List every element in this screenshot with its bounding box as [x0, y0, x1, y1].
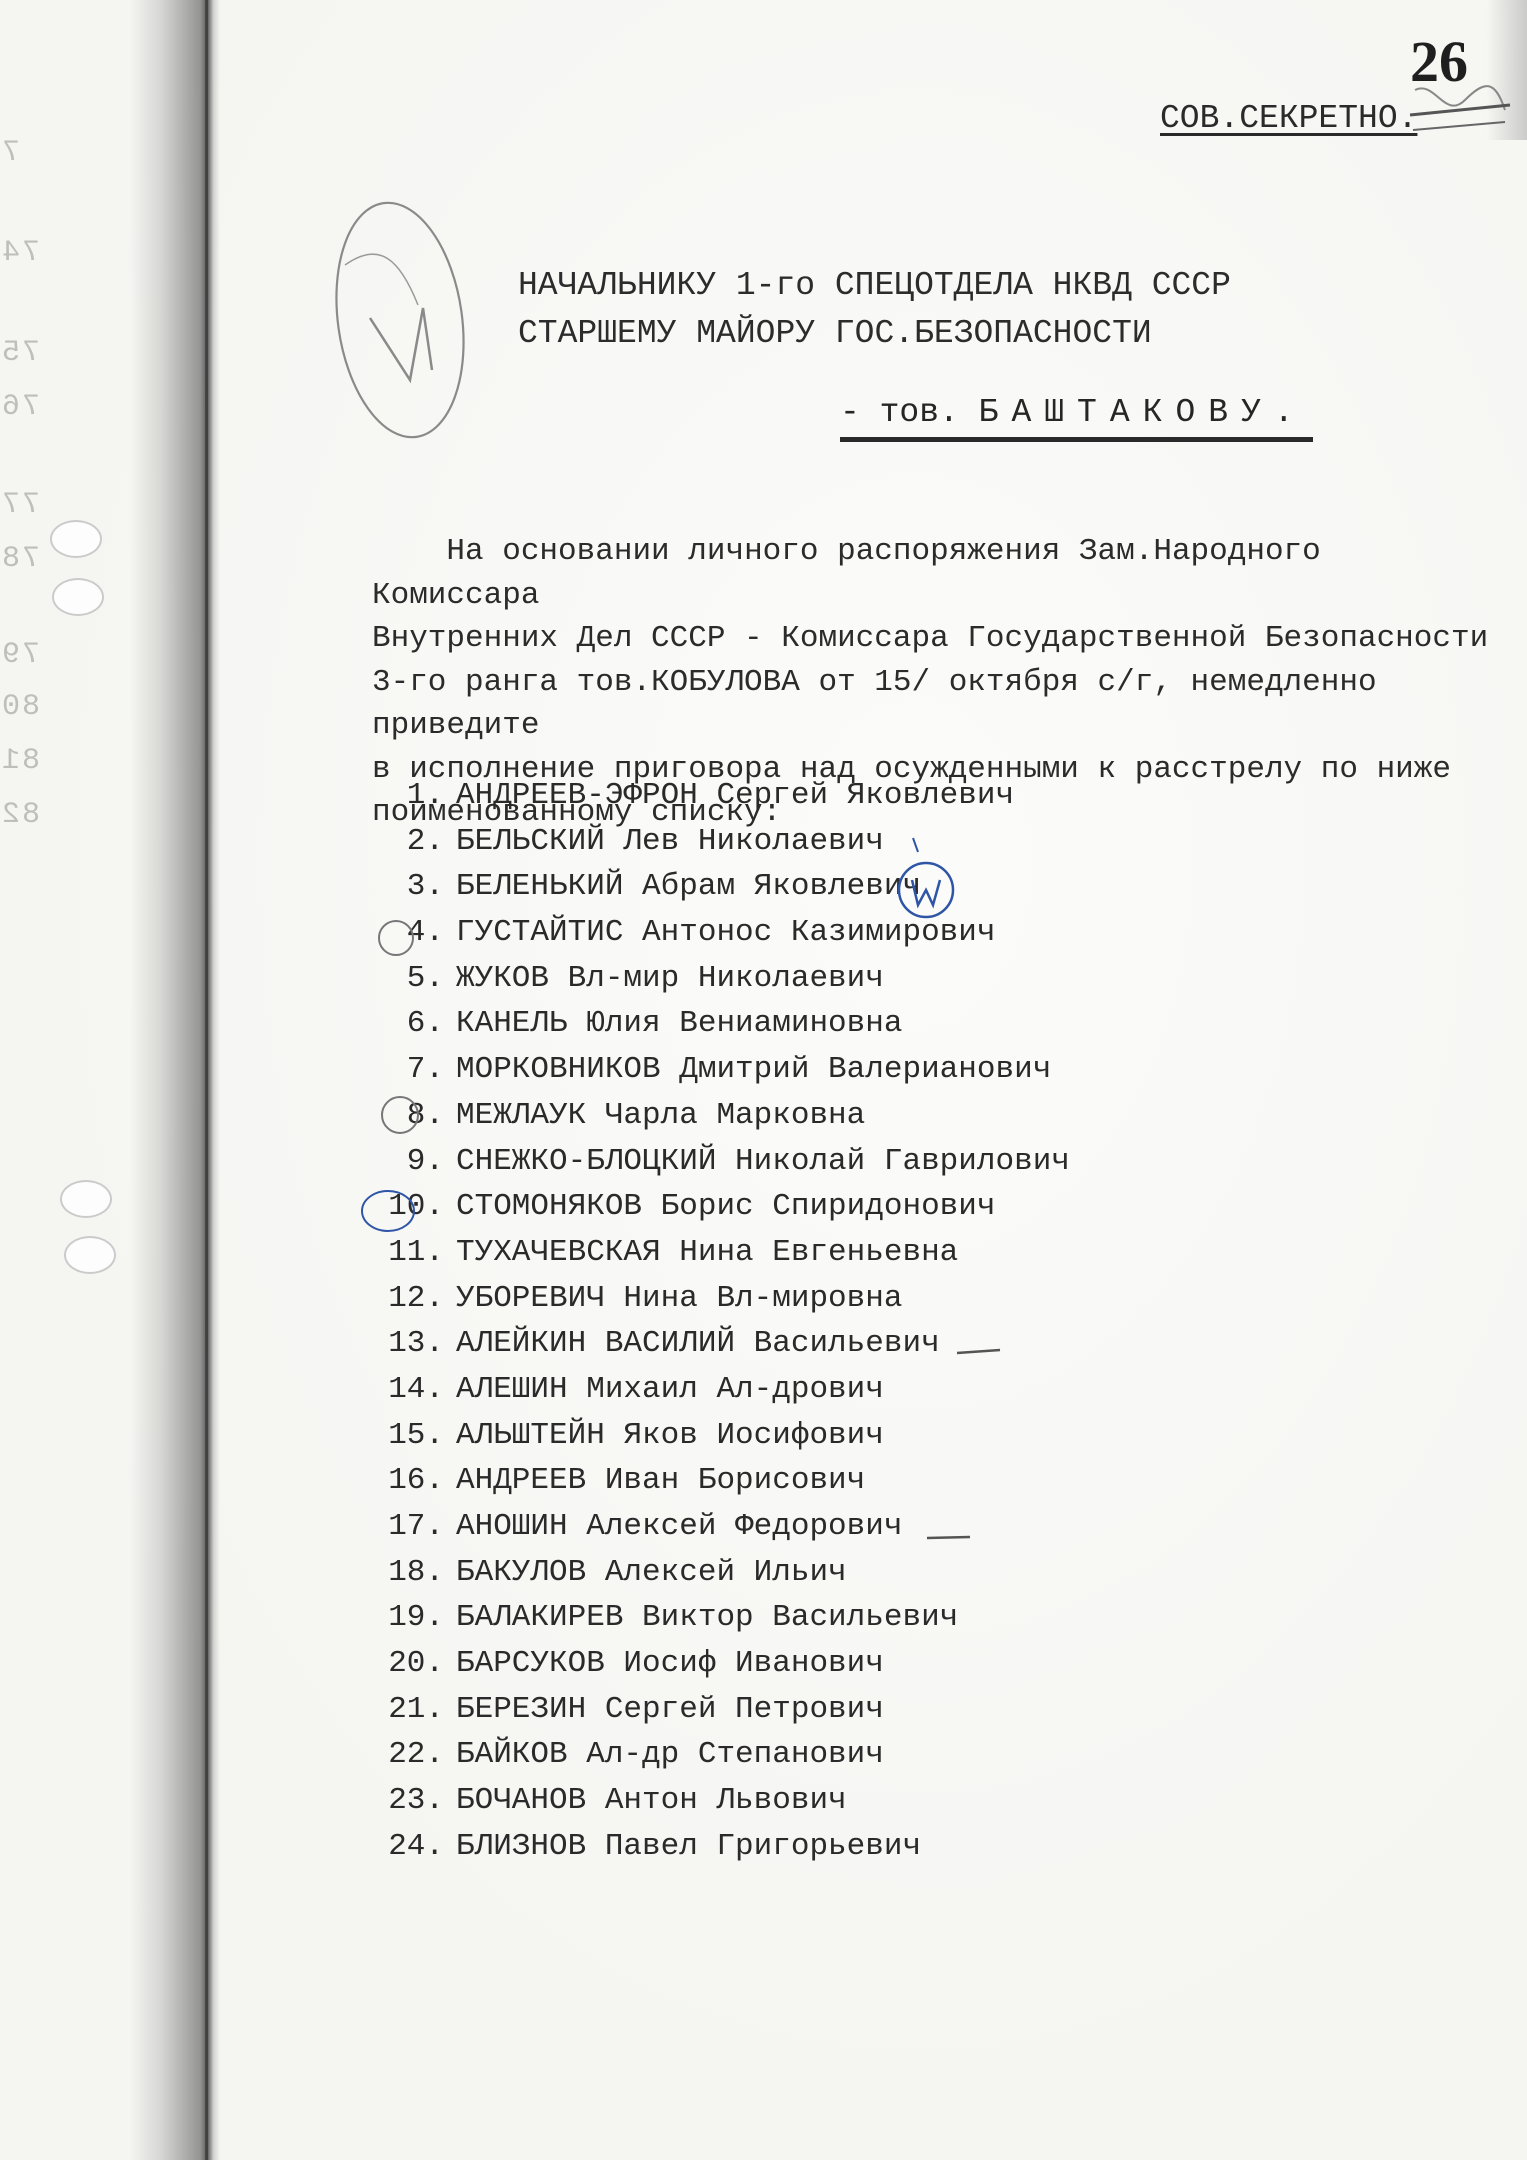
list-item: 20.БАРСУКОВ Иосиф Иванович [372, 1641, 1070, 1687]
list-item-name: БОЧАНОВ Антон Львович [456, 1783, 847, 1818]
list-item-name: БЛИЗНОВ Павел Григорьевич [456, 1829, 921, 1864]
list-item-name: БЕРЕЗИН Сергей Петрович [456, 1692, 884, 1727]
list-item: 4.ГУСТАЙТИС Антонос Казимирович [372, 910, 1070, 956]
pencil-circled-letter-icon [322, 195, 478, 446]
bleed-through-line: 82 [0, 800, 40, 830]
classification-stamp: СОВ.СЕКРЕТНО. [1160, 100, 1417, 137]
list-item-name: АНДРЕЕВ Иван Борисович [456, 1463, 865, 1498]
list-item-name: СТОМОНЯКОВ Борис Спиридонович [456, 1189, 996, 1224]
list-item-number: 13. [372, 1321, 444, 1367]
list-item: 18.БАКУЛОВ Алексей Ильич [372, 1550, 1070, 1596]
list-item-number: 19. [372, 1595, 444, 1641]
list-item-number: 23. [372, 1778, 444, 1824]
list-item-name: КАНЕЛЬ Юлия Вениаминовна [456, 1006, 902, 1041]
list-item-name: БАЛАКИРЕВ Виктор Васильевич [456, 1600, 958, 1635]
list-item-number: 1. [372, 773, 444, 819]
list-item-name: БЕЛЬСКИЙ Лев Николаевич [456, 824, 884, 859]
list-item-number: 14. [372, 1367, 444, 1413]
recipient-line: - тов. БАШТАКОВУ. [840, 394, 1313, 442]
list-item: 16.АНДРЕЕВ Иван Борисович [372, 1458, 1070, 1504]
bleed-through-line: 75 [0, 338, 40, 368]
list-item-name: АНДРЕЕВ-ЭФРОН Сергей Яковлевич [456, 778, 1014, 813]
list-item-number: 21. [372, 1687, 444, 1733]
list-item: 11.ТУХАЧЕВСКАЯ Нина Евгеньевна [372, 1230, 1070, 1276]
bleed-through-line: 76 [0, 392, 40, 422]
list-item-number: 17. [372, 1504, 444, 1550]
list-item-name: ЖУКОВ Вл-мир Николаевич [456, 961, 884, 996]
list-item-number: 20. [372, 1641, 444, 1687]
list-item: 1.АНДРЕЕВ-ЭФРОН Сергей Яковлевич [372, 773, 1070, 819]
list-item-name: ГУСТАЙТИС Антонос Казимирович [456, 915, 996, 950]
list-item-number: 18. [372, 1550, 444, 1596]
scanned-page: 7 74 75 76 77 78 79 80 81 82 26 СОВ.СЕКР… [0, 0, 1527, 2160]
list-item: 23.БОЧАНОВ Антон Львович [372, 1778, 1070, 1824]
recipient-prefix: - тов. [840, 394, 959, 431]
bleed-through-line: 80 [0, 692, 40, 722]
list-item: 6.КАНЕЛЬ Юлия Вениаминовна [372, 1001, 1070, 1047]
list-item: 5.ЖУКОВ Вл-мир Николаевич [372, 956, 1070, 1002]
bleed-through-line: 79 [0, 640, 40, 670]
list-item-number: 24. [372, 1824, 444, 1870]
list-item-name: БАЙКОВ Ал-др Степанович [456, 1737, 884, 1772]
punch-hole [52, 578, 104, 616]
list-item: 17.АНОШИН Алексей Федорович [372, 1504, 1070, 1550]
addressee-line: НАЧАЛЬНИКУ 1-го СПЕЦОТДЕЛА НКВД СССР [518, 262, 1231, 310]
bleed-through-line: 77 [0, 490, 40, 520]
bleed-through-line: 7 [0, 138, 20, 168]
execution-list: 1.АНДРЕЕВ-ЭФРОН Сергей Яковлевич2.БЕЛЬСК… [372, 773, 1070, 1870]
binding-edge [205, 0, 208, 2160]
list-item-number: 12. [372, 1276, 444, 1322]
list-item-name: АЛЕЙКИН ВАСИЛИЙ Васильевич [456, 1326, 940, 1361]
bleed-through-line: 81 [0, 746, 40, 776]
list-item-name: БАКУЛОВ Алексей Ильич [456, 1555, 847, 1590]
bleed-through-line: 74 [0, 238, 40, 268]
list-item: 19.БАЛАКИРЕВ Виктор Васильевич [372, 1595, 1070, 1641]
list-item: 14.АЛЕШИН Михаил Ал-дрович [372, 1367, 1070, 1413]
recipient-name: БАШТАКОВУ. [979, 394, 1307, 431]
list-item: 21.БЕРЕЗИН Сергей Петрович [372, 1687, 1070, 1733]
list-item: 7.МОРКОВНИКОВ Дмитрий Валерианович [372, 1047, 1070, 1093]
list-item: 22.БАЙКОВ Ал-др Степанович [372, 1732, 1070, 1778]
punch-hole [64, 1236, 116, 1274]
list-item-number: 4. [372, 910, 444, 956]
addressee-line: СТАРШЕМУ МАЙОРУ ГОС.БЕЗОПАСНОСТИ [518, 310, 1231, 358]
list-item-number: 11. [372, 1230, 444, 1276]
list-item-name: ТУХАЧЕВСКАЯ Нина Евгеньевна [456, 1235, 958, 1270]
list-item-number: 10. [372, 1184, 444, 1230]
list-item: 13.АЛЕЙКИН ВАСИЛИЙ Васильевич [372, 1321, 1070, 1367]
list-item: 2.БЕЛЬСКИЙ Лев Николаевич [372, 819, 1070, 865]
punch-hole [60, 1180, 112, 1218]
list-item-number: 6. [372, 1001, 444, 1047]
pencil-scribble [1405, 60, 1515, 150]
list-item-name: АНОШИН Алексей Федорович [456, 1509, 902, 1544]
list-item-number: 22. [372, 1732, 444, 1778]
list-item-name: БАРСУКОВ Иосиф Иванович [456, 1646, 884, 1681]
list-item-number: 2. [372, 819, 444, 865]
list-item: 8.МЕЖЛАУК Чарла Марковна [372, 1093, 1070, 1139]
list-item: 10.СТОМОНЯКОВ Борис Спиридонович [372, 1184, 1070, 1230]
list-item-number: 15. [372, 1413, 444, 1459]
list-item: 12.УБОРЕВИЧ Нина Вл-мировна [372, 1276, 1070, 1322]
punch-hole [50, 520, 102, 558]
addressee-block: НАЧАЛЬНИКУ 1-го СПЕЦОТДЕЛА НКВД СССР СТА… [518, 262, 1231, 358]
list-item-number: 16. [372, 1458, 444, 1504]
list-item-number: 7. [372, 1047, 444, 1093]
bleed-through-line: 78 [0, 544, 40, 574]
list-item-name: АЛЕШИН Михаил Ал-дрович [456, 1372, 884, 1407]
list-item-number: 9. [372, 1139, 444, 1185]
list-item-name: МЕЖЛАУК Чарла Марковна [456, 1098, 865, 1133]
list-item-name: СНЕЖКО-БЛОЦКИЙ Николай Гаврилович [456, 1144, 1070, 1179]
list-item: 15.АЛЬШТЕЙН Яков Иосифович [372, 1413, 1070, 1459]
list-item-name: БЕЛЕНЬКИЙ Абрам Яковлевич [456, 869, 921, 904]
list-item: 9.СНЕЖКО-БЛОЦКИЙ Николай Гаврилович [372, 1139, 1070, 1185]
list-item: 3.БЕЛЕНЬКИЙ Абрам Яковлевич [372, 864, 1070, 910]
list-item-name: УБОРЕВИЧ Нина Вл-мировна [456, 1281, 902, 1316]
list-item: 24.БЛИЗНОВ Павел Григорьевич [372, 1824, 1070, 1870]
list-item-number: 3. [372, 864, 444, 910]
list-item-name: АЛЬШТЕЙН Яков Иосифович [456, 1418, 884, 1453]
list-item-name: МОРКОВНИКОВ Дмитрий Валерианович [456, 1052, 1051, 1087]
list-item-number: 8. [372, 1093, 444, 1139]
list-item-number: 5. [372, 956, 444, 1002]
